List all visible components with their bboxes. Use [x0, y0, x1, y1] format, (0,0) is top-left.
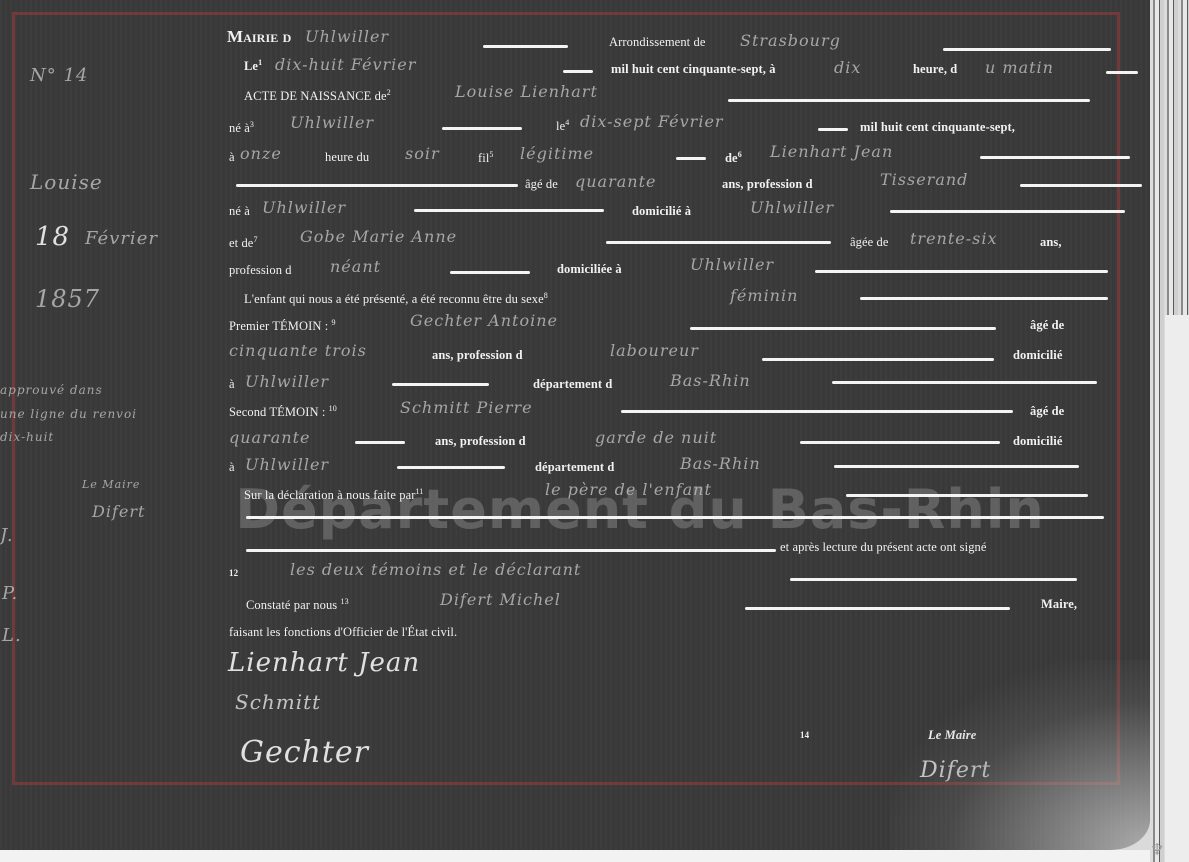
- signature-witness-2: Schmitt: [235, 690, 321, 714]
- domicilie-a-label: domicilié à: [632, 204, 691, 219]
- fill-line: [397, 466, 505, 469]
- ans-profession-label-3: ans, profession d: [435, 434, 526, 449]
- signature-maire: Difert: [920, 758, 991, 783]
- moment-handwritten: u matin: [985, 58, 1054, 77]
- maire-label: Maire,: [1041, 597, 1077, 612]
- a-label: à: [229, 150, 235, 165]
- a-label-3: à: [229, 460, 235, 475]
- fill-line: [246, 516, 1104, 519]
- ne-a-label: né à3: [229, 120, 254, 136]
- fill-line: [790, 578, 1077, 581]
- year-text-1: mil huit cent cinquante-sept, à: [611, 62, 776, 77]
- age-de-label-2: âgé de: [1030, 318, 1064, 333]
- fill-line: [815, 270, 1108, 273]
- fill-line: [832, 381, 1097, 384]
- fill-line: [762, 358, 994, 361]
- commune-handwritten: Uhlwiller: [305, 27, 389, 46]
- et-de-label: et de7: [229, 235, 258, 251]
- heure-naissance-handwritten: onze: [240, 144, 282, 163]
- binding-edge-lower: [1165, 315, 1189, 862]
- temoin2-domicile-handwritten: Uhlwiller: [245, 455, 329, 474]
- acte-label: ACTE DE NAISSANCE de2: [244, 88, 391, 104]
- fill-line: [392, 383, 489, 386]
- fill-line: [846, 494, 1088, 497]
- mere-profession-handwritten: néant: [330, 257, 381, 276]
- date-naissance-handwritten: dix-sept Février: [580, 112, 724, 131]
- fill-line: [450, 271, 530, 274]
- fill-line: [246, 549, 776, 552]
- fill-line: [676, 157, 706, 160]
- temoin1-profession-handwritten: laboureur: [610, 341, 699, 360]
- constate-label: Constaté par nous 13: [246, 597, 349, 613]
- temoin1-departement-handwritten: Bas-Rhin: [670, 371, 751, 390]
- declaration-label: Sur la déclaration à nous faite par11: [244, 487, 423, 503]
- mairie-label: Mairie d: [227, 27, 291, 47]
- arrondissement-handwritten: Strasbourg: [740, 31, 841, 50]
- departement-label-2: département d: [535, 460, 614, 475]
- mere-age-handwritten: trente-six: [910, 229, 998, 248]
- margin-note-signature-title: Le Maire: [82, 478, 140, 491]
- temoin2-age-handwritten: quarante: [229, 428, 310, 447]
- fill-line: [483, 45, 568, 48]
- ne-a2-label: né à: [229, 204, 250, 219]
- le-label: Le1: [244, 58, 262, 74]
- margin-note-line: approuvé dans: [0, 383, 103, 397]
- corner-mark-icon: ♆: [1150, 840, 1164, 860]
- heure-handwritten: dix: [834, 58, 861, 77]
- margin-day: 18: [35, 222, 70, 252]
- maire-nom-handwritten: Difert Michel: [440, 590, 561, 609]
- margin-month: Février: [85, 228, 158, 249]
- premier-temoin-label: Premier TÉMOIN : 9: [229, 318, 336, 334]
- fill-line: [1020, 184, 1142, 187]
- domicilie-label-2: domicilié: [1013, 348, 1063, 363]
- fill-line: [355, 441, 405, 444]
- fill-line: [728, 99, 1090, 102]
- fill-line: [745, 607, 1010, 610]
- filiation-handwritten: légitime: [520, 144, 594, 163]
- age-de-label: âgé de: [525, 177, 558, 192]
- margin-note-signature: Difert: [92, 502, 145, 521]
- domicilie-label-3: domicilié: [1013, 434, 1063, 449]
- age-de-label-3: âgé de: [1030, 404, 1064, 419]
- temoin1-nom-handwritten: Gechter Antoine: [410, 311, 558, 330]
- fill-line: [563, 70, 593, 73]
- enfant-nom-handwritten: Louise Lienhart: [455, 82, 598, 101]
- temoin1-age-handwritten: cinquante trois: [229, 341, 367, 360]
- date-acte-handwritten: dix-huit Février: [275, 55, 416, 74]
- signature-witness-1: Gechter: [240, 735, 369, 770]
- heure-label: heure, d: [913, 62, 957, 77]
- temoin2-departement-handwritten: Bas-Rhin: [680, 454, 761, 473]
- second-temoin-label: Second TÉMOIN : 10: [229, 404, 337, 420]
- enfant-sexe-label: L'enfant qui nous a été présenté, a été …: [244, 291, 548, 307]
- mere-handwritten: Gobe Marie Anne: [300, 227, 457, 246]
- pere-handwritten: Lienhart Jean: [770, 142, 893, 161]
- fonctions-label: faisant les fonctions d'Officier de l'Ét…: [229, 625, 457, 640]
- departement-label-1: département d: [533, 377, 612, 392]
- pere-domicile-handwritten: Uhlwiller: [750, 198, 834, 217]
- temoin2-nom-handwritten: Schmitt Pierre: [400, 398, 533, 417]
- fill-line: [818, 128, 848, 131]
- fill-line: [800, 441, 1000, 444]
- ans-label: ans,: [1040, 235, 1062, 250]
- fill-line: [834, 465, 1079, 468]
- fil-label: fil5: [478, 150, 494, 166]
- domiciliee-a-label: domiciliée à: [557, 262, 622, 277]
- fill-line: [1106, 71, 1138, 74]
- fill-line: [943, 48, 1111, 51]
- temoin1-domicile-handwritten: Uhlwiller: [245, 372, 329, 391]
- lieu-naissance-handwritten: Uhlwiller: [290, 113, 374, 132]
- agee-de-label: âgée de: [850, 235, 889, 250]
- declarant-handwritten: le père de l'enfant: [545, 480, 712, 499]
- sexe-handwritten: féminin: [730, 286, 798, 305]
- fill-line: [980, 156, 1130, 159]
- year-text-2: mil huit cent cinquante-sept,: [860, 120, 1015, 135]
- ans-profession-label-2: ans, profession d: [432, 348, 523, 363]
- footnote-14: 14: [800, 730, 809, 740]
- lecture-label: et après lecture du présent acte ont sig…: [780, 540, 987, 555]
- margin-first-name: Louise: [30, 170, 103, 194]
- ans-profession-label: ans, profession d: [722, 177, 813, 192]
- footnote-12: 12: [229, 568, 238, 578]
- fill-line: [414, 209, 604, 212]
- margin-letter: L.: [2, 625, 22, 646]
- fill-line: [606, 241, 831, 244]
- signature-father: Lienhart Jean: [228, 648, 420, 678]
- fill-line: [860, 297, 1108, 300]
- mere-domicile-handwritten: Uhlwiller: [690, 255, 774, 274]
- fill-line: [442, 127, 522, 130]
- moment-naissance-handwritten: soir: [405, 144, 440, 163]
- a-label-2: à: [229, 377, 235, 392]
- fill-line: [890, 210, 1125, 213]
- signataires-handwritten: les deux témoins et le déclarant: [290, 560, 581, 579]
- margin-year: 1857: [35, 285, 100, 313]
- register-page: Département du Bas-Rhin N° 14 Louise 18 …: [0, 0, 1150, 850]
- margin-letter: J.: [0, 525, 14, 546]
- margin-letter: P.: [2, 583, 18, 604]
- heure-du-label: heure du: [325, 150, 369, 165]
- temoin2-profession-handwritten: garde de nuit: [595, 428, 717, 447]
- profession-d-label: profession d: [229, 263, 292, 278]
- fill-line: [621, 410, 1013, 413]
- le-maire-label: Le Maire: [928, 728, 976, 743]
- pere-ne-a-handwritten: Uhlwiller: [262, 198, 346, 217]
- margin-note-line: une ligne du renvoi: [0, 407, 137, 421]
- de6-label: de6: [725, 150, 742, 166]
- pere-profession-handwritten: Tisserand: [880, 170, 968, 189]
- margin-note-line: dix-huit: [0, 430, 54, 444]
- fill-line: [236, 184, 518, 187]
- arrondissement-label: Arrondissement de: [609, 35, 705, 50]
- le4-label: le4: [556, 118, 569, 134]
- pere-age-handwritten: quarante: [575, 172, 656, 191]
- margin-number: N° 14: [30, 65, 88, 86]
- fill-line: [690, 327, 996, 330]
